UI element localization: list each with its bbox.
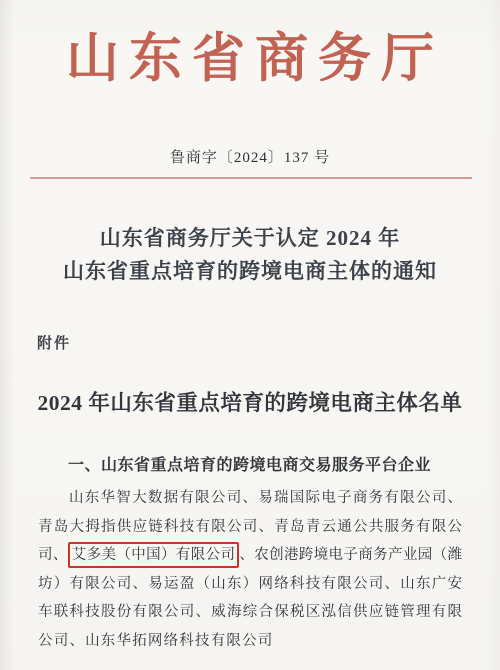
doc-number: 鲁商字〔2024〕137 号 (0, 146, 500, 167)
body-line-prefix: 司、 (38, 547, 68, 563)
section-heading: 一、山东省重点培育的跨境电商交易服务平台企业 (68, 452, 431, 475)
company-list: 山东华智大数据有限公司、易瑞国际电子商务有限公司、 青岛大拇指供应链科技有限公司… (38, 484, 462, 656)
body-line: 车联科技股份有限公司、威海综合保税区泓信供应链管理有限 (38, 598, 462, 627)
body-line: 青岛大拇指供应链科技有限公司、青岛青云通公共服务有限公 (38, 513, 462, 542)
body-line: 坊）有限公司、易运盈（山东）网络科技有限公司、山东广安 (38, 570, 462, 599)
notice-title-line1: 山东省商务厅关于认定 2024 年 (0, 222, 500, 255)
attachment-label: 附件 (37, 332, 71, 353)
body-line: 山东华智大数据有限公司、易瑞国际电子商务有限公司、 (38, 484, 462, 513)
header-rule (30, 177, 472, 179)
body-line: 公司、山东华拓网络科技有限公司 (38, 627, 462, 656)
attachment-title: 2024 年山东省重点培育的跨境电商主体名单 (0, 386, 500, 417)
body-line: 司、艾多美（中国）有限公司、农创港跨境电子商务产业园（潍 (38, 541, 462, 570)
notice-title: 山东省商务厅关于认定 2024 年 山东省重点培育的跨境电商主体的通知 (0, 222, 500, 288)
document-page: 山东省商务厅 鲁商字〔2024〕137 号 山东省商务厅关于认定 2024 年 … (0, 0, 500, 670)
highlighted-company: 艾多美（中国）有限公司 (68, 542, 240, 568)
notice-title-line2: 山东省重点培育的跨境电商主体的通知 (0, 255, 500, 288)
body-line-suffix: 、农创港跨境电子商务产业园（潍 (239, 547, 462, 563)
agency-header: 山东省商务厅 (0, 16, 500, 92)
